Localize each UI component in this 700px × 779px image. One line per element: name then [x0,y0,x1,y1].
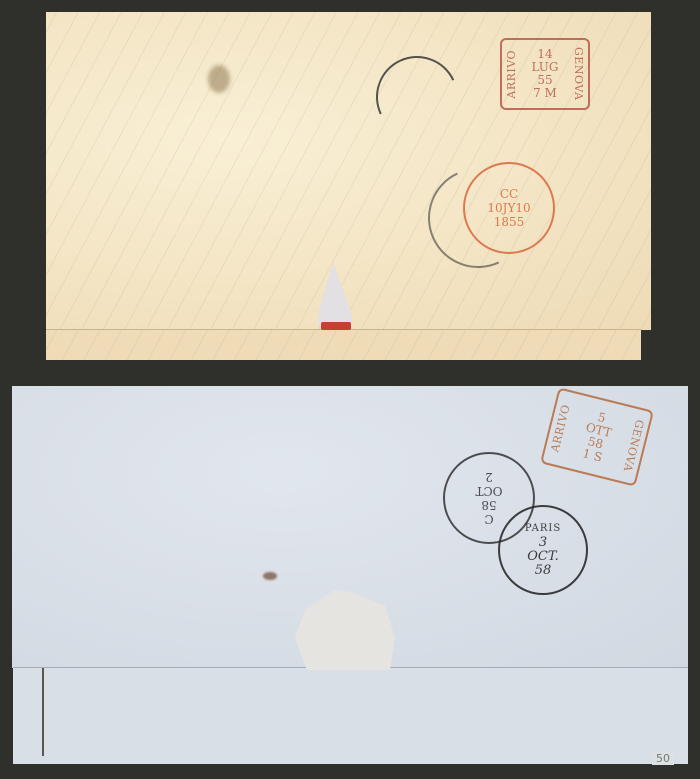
pencil-note: 50 [652,752,674,765]
paris-circular-postmark: PARIS 3 OCT. 58 [498,505,588,595]
top-letter-cover-flap [46,329,641,360]
red-wax-seal-remnant [321,322,351,330]
stain-mark [263,572,277,580]
postmark-left-text: ARRIVO [505,50,518,99]
postmark-right-text: GENOVA [572,47,585,100]
arrivo-genova-postmark-top: ARRIVO 14 LUG 55 7 M GENOVA [500,38,590,110]
postmark-date: 14 LUG 55 7 M [531,48,558,100]
postmark-date: 5 OTT 58 1 S [578,409,616,466]
postmark-left-text: ARRIVO [548,403,572,453]
ink-stroke [42,668,44,756]
bottom-letter-cover-flap [13,667,688,764]
red-circular-postmark: CC 10JY10 1855 [463,162,555,254]
stain-mark [208,65,230,93]
